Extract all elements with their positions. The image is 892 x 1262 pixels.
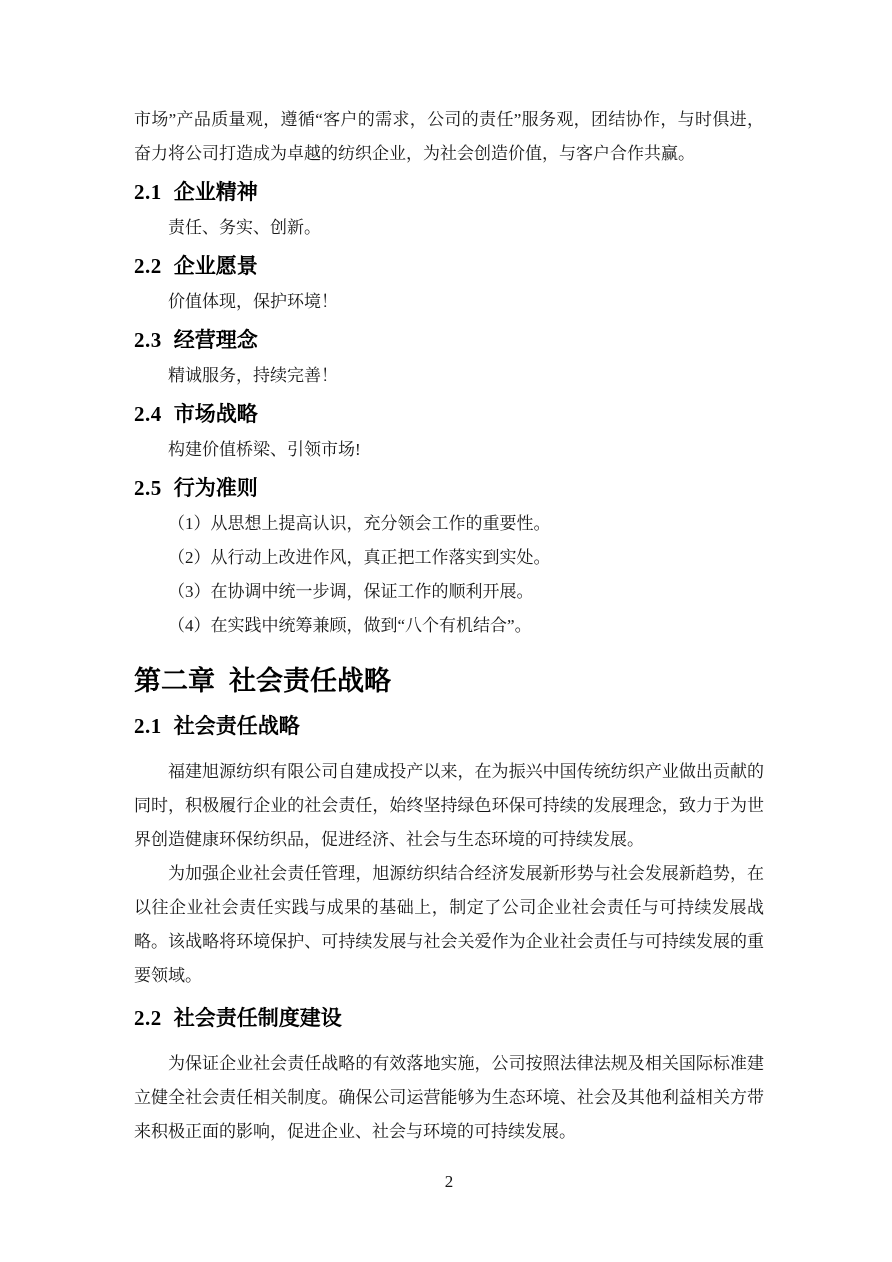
page-content: 市场”产品质量观，遵循“客户的需求，公司的责任”服务观，团结协作，与时俱进，奋力… (134, 0, 764, 1199)
document-page: 市场”产品质量观，遵循“客户的需求，公司的责任”服务观，团结协作，与时俱进，奋力… (0, 0, 892, 1262)
section-number: 2.3 (134, 328, 162, 352)
chapter-number: 第二章 (134, 666, 215, 696)
csr-system-paragraph: 为保证企业社会责任战略的有效落地实施，公司按照法律法规及相关国际标准建立健全社会… (134, 1047, 764, 1149)
conduct-rule-item-3: （3）在协调中统一步调，保证工作的顺利开展。 (134, 575, 764, 609)
section-body-2-4: 构建价值桥梁、引领市场! (134, 433, 764, 467)
section-heading-2-1: 2.1企业精神 (134, 177, 764, 207)
csr-strategy-paragraph-1: 福建旭源纺织有限公司自建成投产以来，在为振兴中国传统纺织产业做出贡献的同时，积极… (134, 755, 764, 857)
section-title: 社会责任战略 (174, 714, 300, 738)
page-number: 2 (134, 1165, 764, 1199)
continuation-paragraph: 市场”产品质量观，遵循“客户的需求，公司的责任”服务观，团结协作，与时俱进，奋力… (134, 103, 764, 171)
section-heading-2-3: 2.3经营理念 (134, 325, 764, 355)
section-title: 企业精神 (174, 180, 258, 204)
section-number: 2.5 (134, 476, 162, 500)
chapter-heading: 第二章社会责任战略 (134, 661, 764, 701)
section-title: 行为准则 (174, 476, 258, 500)
chapter-section-heading-2-2: 2.2社会责任制度建设 (134, 1003, 764, 1033)
chapter-title: 社会责任战略 (229, 666, 391, 696)
section-number: 2.4 (134, 402, 162, 426)
conduct-rule-item-2: （2）从行动上改进作风，真正把工作落实到实处。 (134, 541, 764, 575)
csr-strategy-paragraph-2: 为加强企业社会责任管理，旭源纺织结合经济发展新形势与社会发展新趋势，在以往企业社… (134, 857, 764, 993)
section-number: 2.2 (134, 1006, 162, 1030)
section-title: 社会责任制度建设 (174, 1006, 342, 1030)
section-title: 市场战略 (174, 402, 258, 426)
section-heading-2-2: 2.2企业愿景 (134, 251, 764, 281)
section-title: 经营理念 (174, 328, 258, 352)
conduct-rule-item-1: （1）从思想上提高认识，充分领会工作的重要性。 (134, 507, 764, 541)
section-body-2-3: 精诚服务，持续完善！ (134, 359, 764, 393)
section-title: 企业愿景 (174, 254, 258, 278)
section-body-2-2: 价值体现，保护环境！ (134, 285, 764, 319)
section-heading-2-4: 2.4市场战略 (134, 399, 764, 429)
section-heading-2-5: 2.5行为准则 (134, 473, 764, 503)
section-number: 2.1 (134, 180, 162, 204)
section-body-2-1: 责任、务实、创新。 (134, 211, 764, 245)
conduct-rule-item-4: （4）在实践中统筹兼顾，做到“八个有机结合”。 (134, 609, 764, 643)
section-number: 2.2 (134, 254, 162, 278)
chapter-section-heading-2-1: 2.1社会责任战略 (134, 711, 764, 741)
section-number: 2.1 (134, 714, 162, 738)
